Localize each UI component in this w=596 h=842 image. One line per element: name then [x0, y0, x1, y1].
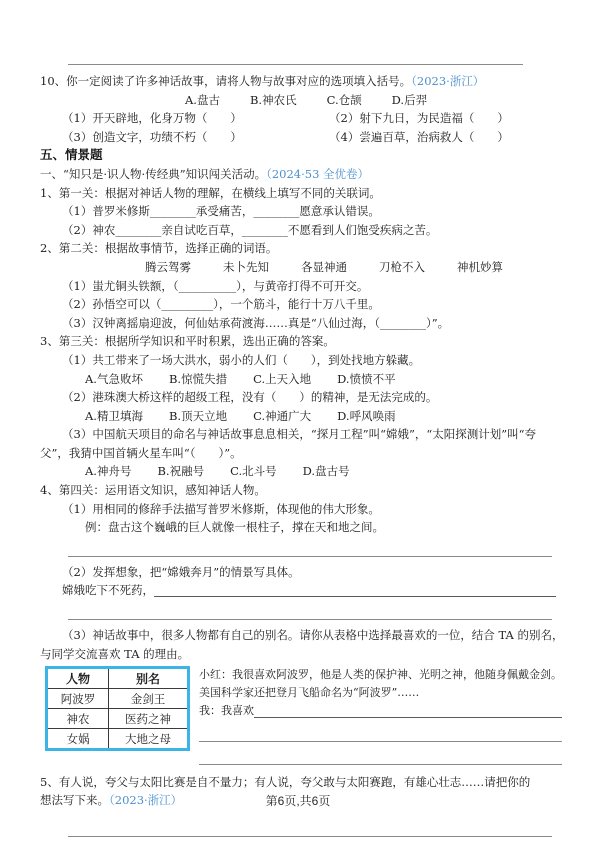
- dialog-line-1: 小红：我很喜欢阿波罗，他是人类的保护神、光明之神，他随身佩戴金剑。: [199, 666, 562, 684]
- choice-c[interactable]: C.北斗号: [230, 462, 277, 481]
- level-3-heading: 3、第三关：根据所学知识和平时积累，选出正确的答案。: [40, 332, 556, 351]
- level-3-q2-stem: （2）港珠澳大桥这样的超级工程，没有（ ）的精神，是无法完成的。: [40, 388, 556, 407]
- table-cell-alias: 医药之神: [109, 709, 189, 729]
- my-answer-lead: 我：我喜欢: [199, 702, 254, 721]
- question-5-line1: 5、有人说，夸父与太阳比赛是自不量力；有人说，夸父敢与太阳赛跑，有雄心壮志……请…: [40, 773, 556, 792]
- level-4-q1-stem: （1）用相同的修辞手法描写普罗米修斯，体现他的伟大形象。: [40, 500, 556, 519]
- choice-a[interactable]: A.气急败坏: [85, 370, 143, 389]
- match-item-3[interactable]: （3）创造文字，功绩不朽（ ）: [62, 128, 329, 147]
- alias-table: 人物 别名 阿波罗 金剑王 神农 医药之神 女娲 大地之母: [45, 666, 190, 751]
- dialog-line-2: 美国科学家还把登月飞船命名为“阿波罗”……: [199, 684, 562, 702]
- table-row: 女娲 大地之母: [47, 729, 189, 750]
- table-row: 神农 医药之神: [47, 709, 189, 729]
- part-1-heading: 一、“知只是·识人物·传经典”知识闯关活动。（2024·53 全优卷）: [40, 165, 556, 184]
- part-1-heading-text: 一、“知只是·识人物·传经典”知识闯关活动。: [40, 167, 266, 181]
- level-1-item-1[interactable]: （1）普罗米修斯________承受痛苦，________愿意承认错误。: [40, 202, 556, 221]
- level-4-q3-stem-line1: （3）神话故事中，很多人物都有自己的别名。请你从表格中选择最喜欢的一位，结合 T…: [40, 626, 556, 645]
- level-2-item-1[interactable]: （1）蚩尤铜头铁额，（__________），与黄帝打得不可开交。: [40, 277, 556, 296]
- level-3-q1-stem: （1）共工带来了一场大洪水，弱小的人们（ ），到处找地方躲藏。: [40, 351, 556, 370]
- level-3-q3-choices: A.神舟号 B.祝融号 C.北斗号 D.盘古号: [40, 462, 556, 481]
- section-5-title: 五、情景题: [40, 146, 556, 165]
- match-item-1[interactable]: （1）开天辟地，化身万物（ ）: [62, 109, 329, 128]
- choice-b[interactable]: B.祝融号: [157, 462, 204, 481]
- part-1-citation: （2024·53 全优卷）: [266, 167, 369, 181]
- choice-a[interactable]: A.精卫填海: [85, 407, 143, 426]
- question-10-text: 10、你一定阅读了许多神话故事，请将人物与故事对应的选项填入括号。: [40, 74, 411, 88]
- dialog-column: 小红：我很喜欢阿波罗，他是人类的保护神、光明之神，他随身佩戴金剑。 美国科学家还…: [199, 666, 562, 773]
- level-4-q2-stem: （2）发挥想象，把“嫦娥奔月”的情景写具体。: [40, 563, 556, 582]
- level-4-q3-stem-line2: 与同学交流喜欢 TA 的理由。: [40, 645, 556, 664]
- level-3-q2-choices: A.精卫填海 B.顶天立地 C.神通广大 D.呼风唤雨: [40, 407, 556, 426]
- choice-b[interactable]: B.顶天立地: [169, 407, 227, 426]
- choice-c[interactable]: C.上天入地: [253, 370, 311, 389]
- level-3-q3-stem-line1: （3）中国航天项目的命名与神话故事息息相关，“探月工程”叫“嫦娥”，“太阳探测计…: [40, 425, 556, 444]
- fill-in-blank[interactable]: [254, 702, 562, 718]
- table-cell-alias: 金剑王: [109, 689, 189, 709]
- question-10-citation: （2023·浙江）: [411, 74, 484, 88]
- table-cell-character: 阿波罗: [47, 689, 109, 709]
- table-cell-character: 女娲: [47, 729, 109, 750]
- table-cell-alias: 大地之母: [109, 729, 189, 750]
- level-3-q1-choices: A.气急败坏 B.惊慌失措 C.上天入地 D.愤愤不平: [40, 370, 556, 389]
- choice-b[interactable]: B.神农氏: [250, 91, 297, 110]
- answer-line[interactable]: [199, 727, 562, 742]
- level-4-q2-lead: 嫦娥吃下不死药，: [62, 581, 154, 600]
- level-4-q2-answer-row: 嫦娥吃下不死药，: [40, 581, 556, 600]
- question-10-items-row2: （3）创造文字，功绩不朽（ ） （4）尝遍百草，治病救人（ ）: [40, 128, 556, 147]
- question-10-choices: A.盘古 B.神农氏 C.仓颉 D.后羿: [40, 91, 556, 110]
- table-cell-character: 神农: [47, 709, 109, 729]
- match-item-2[interactable]: （2）射下九日，为民造福（ ）: [329, 109, 509, 128]
- my-answer-row: 我：我喜欢: [199, 702, 562, 721]
- match-item-4[interactable]: （4）尝遍百草，治病救人（ ）: [329, 128, 509, 147]
- table-header-character: 人物: [47, 668, 109, 689]
- word-bank-item: 未卜先知: [223, 258, 269, 277]
- choice-d[interactable]: D.呼风唤雨: [337, 407, 395, 426]
- level-2-heading: 2、第二关：根据故事情节，选择正确的词语。: [40, 239, 556, 258]
- answer-line[interactable]: [68, 50, 523, 65]
- table-row: 阿波罗 金剑王: [47, 689, 189, 709]
- choice-d[interactable]: D.后羿: [392, 91, 427, 110]
- level-2-item-2[interactable]: （2）孙悟空可以（_________），一个筋斗，能行十万八千里。: [40, 295, 556, 314]
- choice-a[interactable]: A.盘古: [185, 91, 220, 110]
- worksheet-page: 10、你一定阅读了许多神话故事，请将人物与故事对应的选项填入括号。（2023·浙…: [0, 0, 596, 837]
- page-footer: 第6页,共6页: [0, 792, 596, 809]
- choice-d[interactable]: D.盘古号: [303, 462, 350, 481]
- answer-line[interactable]: [68, 542, 552, 557]
- level-2-item-3[interactable]: （3）汉钟离摇扇迎波，何仙姑承荷渡海……真是“八仙过海，（________）”。: [40, 314, 556, 333]
- fill-in-blank[interactable]: [154, 581, 556, 597]
- table-header-alias: 别名: [109, 668, 189, 689]
- word-bank-item: 腾云驾雾: [145, 258, 191, 277]
- choice-c[interactable]: C.仓颉: [327, 91, 362, 110]
- level-1-item-2[interactable]: （2）神农________亲自试吃百草，________不愿看到人们饱受疾病之苦…: [40, 221, 556, 240]
- question-10-stem: 10、你一定阅读了许多神话故事，请将人物与故事对应的选项填入括号。（2023·浙…: [40, 72, 556, 91]
- question-10-items-row1: （1）开天辟地，化身万物（ ） （2）射下九日，为民造福（ ）: [40, 109, 556, 128]
- answer-line[interactable]: [68, 605, 552, 620]
- choice-a[interactable]: A.神舟号: [85, 462, 131, 481]
- answer-line[interactable]: [68, 822, 552, 837]
- word-bank: 腾云驾雾 未卜先知 各显神通 刀枪不入 神机妙算: [40, 258, 556, 277]
- choice-b[interactable]: B.惊慌失措: [169, 370, 227, 389]
- choice-c[interactable]: C.神通广大: [253, 407, 311, 426]
- answer-line[interactable]: [199, 750, 562, 765]
- word-bank-item: 刀枪不入: [379, 258, 425, 277]
- choice-d[interactable]: D.愤愤不平: [337, 370, 395, 389]
- level-4-heading: 4、第四关：运用语文知识，感知神话人物。: [40, 481, 556, 500]
- level-3-q3-stem-line2: 父”，我猜中国首辆火星车叫“（ ）”。: [40, 444, 556, 463]
- level-1-heading: 1、第一关：根据对神话人物的理解，在横线上填写不同的关联词。: [40, 184, 556, 203]
- word-bank-item: 各显神通: [301, 258, 347, 277]
- alias-table-section: 人物 别名 阿波罗 金剑王 神农 医药之神 女娲 大地之母: [40, 666, 556, 773]
- level-4-q1-example: 例：盘古这个巍峨的巨人就像一根柱子，撑在天和地之间。: [40, 518, 556, 537]
- word-bank-item: 神机妙算: [457, 258, 503, 277]
- table-header-row: 人物 别名: [47, 668, 189, 689]
